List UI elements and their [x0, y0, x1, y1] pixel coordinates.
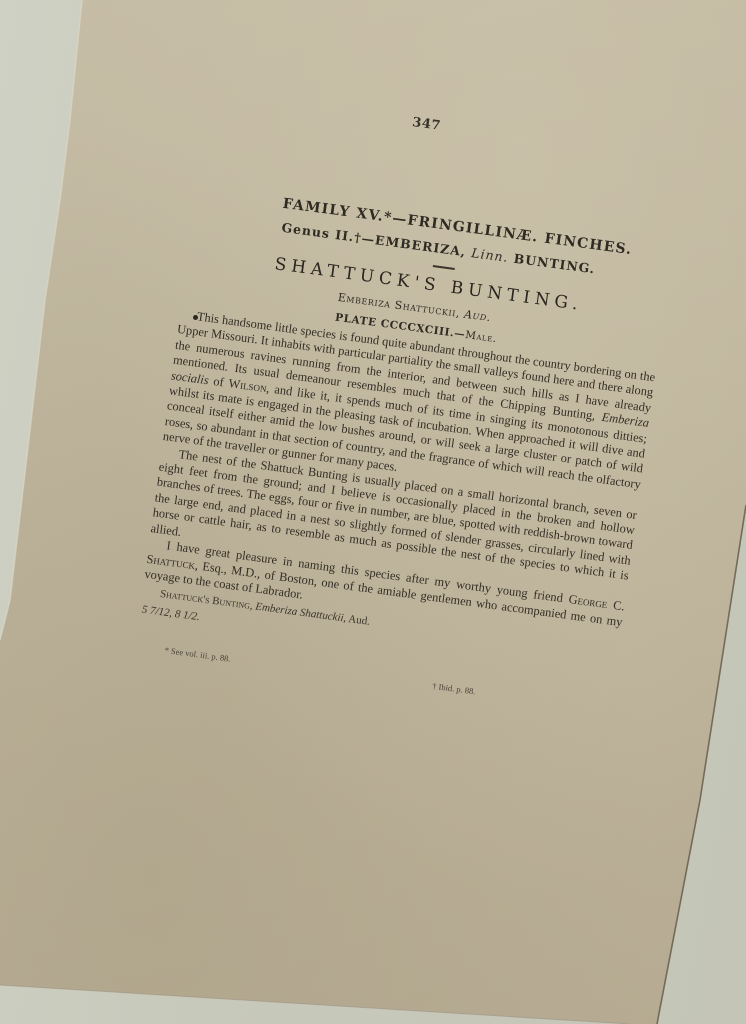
body-text: This handsome little species is found qu… [144, 307, 656, 645]
text-run: of [208, 373, 230, 390]
plate-sex: Male. [464, 329, 497, 345]
footnote-genus: † Ibid. p. 88. [432, 681, 476, 697]
synonym-authority: , Aud. [343, 613, 371, 628]
genus-authority: Linn. [471, 245, 510, 265]
footnote-family: * See vol. iii. p. 88. [164, 645, 231, 664]
genus-suffix: BUNTING. [508, 250, 597, 276]
section-rule [433, 265, 455, 270]
latin-authority: Aud. [463, 308, 491, 324]
page-text-block: 347 FAMILY XV.*—FRINGILLINÆ. FINCHES. Ge… [71, 80, 666, 742]
